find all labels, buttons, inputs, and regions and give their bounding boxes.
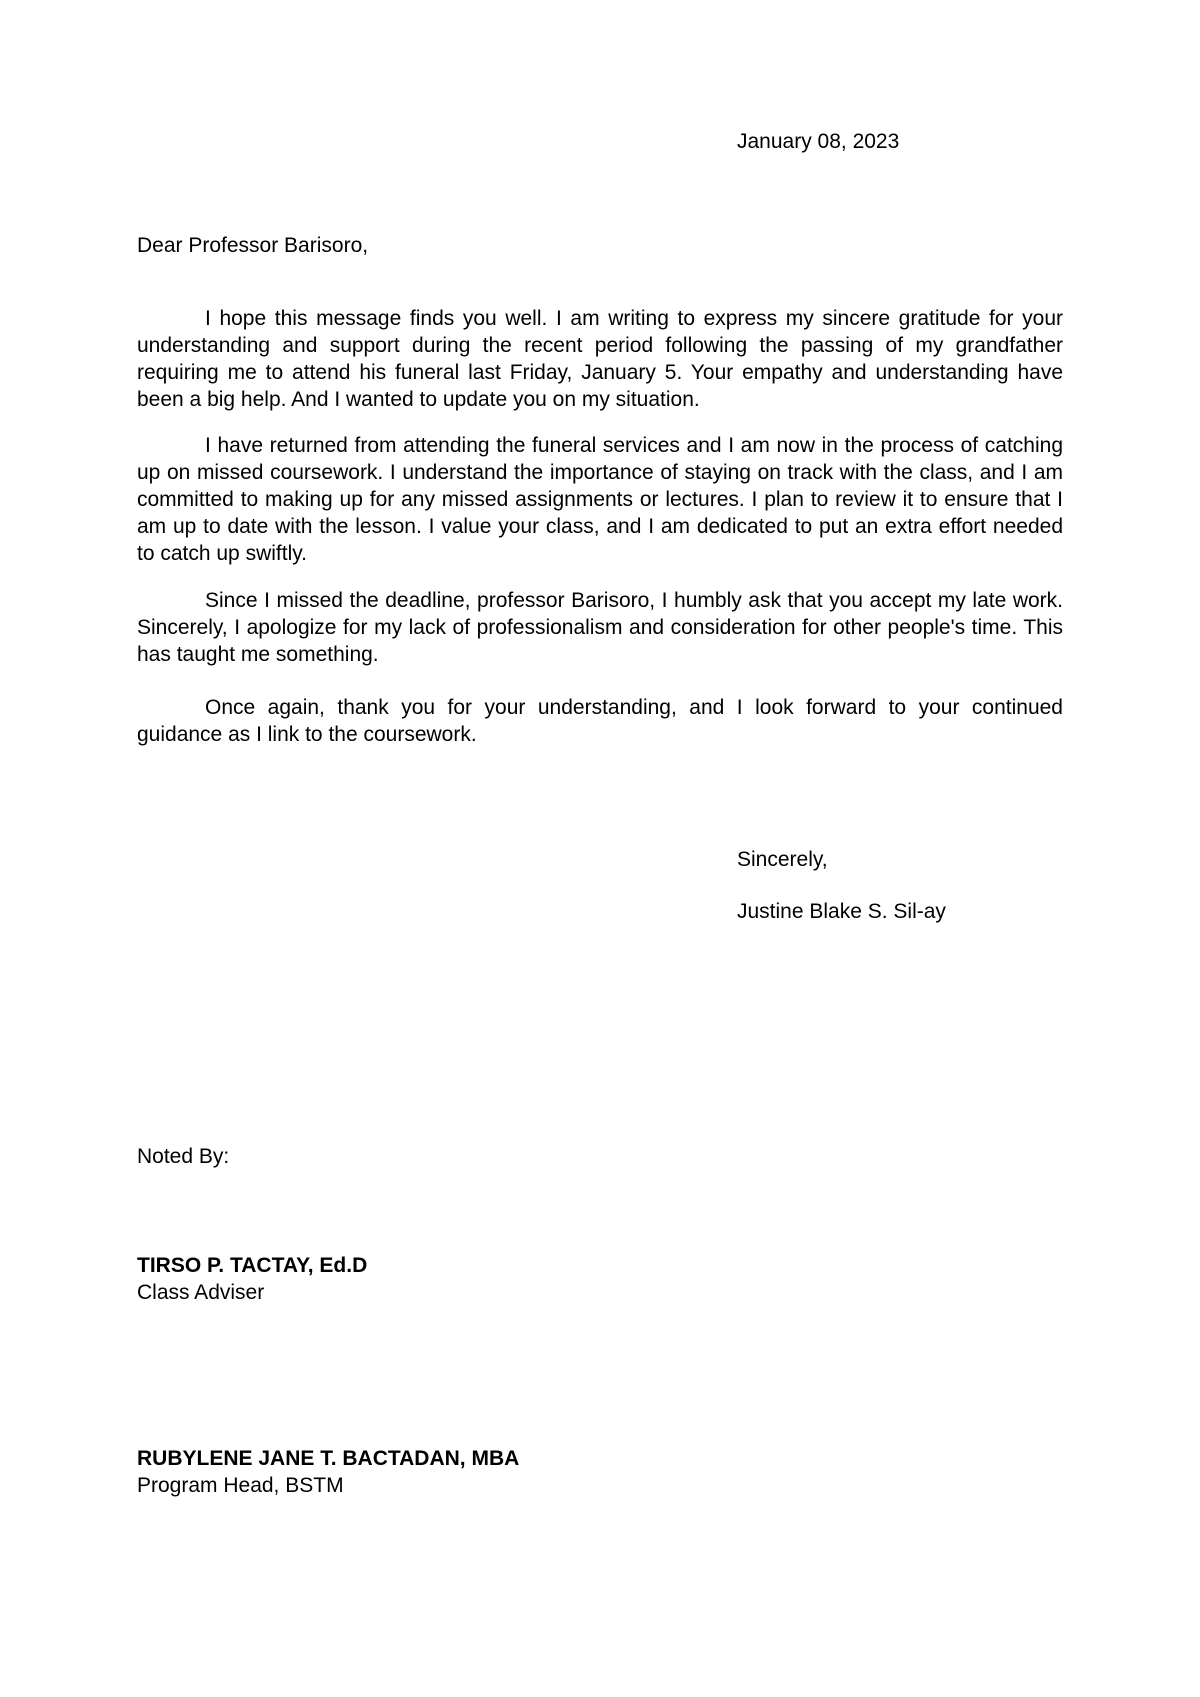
body-paragraph-1: I hope this message finds you well. I am… xyxy=(137,305,1063,413)
body-paragraph-2: I have returned from attending the funer… xyxy=(137,432,1063,567)
signatory-block-program-head: RUBYLENE JANE T. BACTADAN, MBA Program H… xyxy=(137,1445,1063,1499)
signatory-title-class-adviser: Class Adviser xyxy=(137,1279,1063,1306)
body-paragraph-3: Since I missed the deadline, professor B… xyxy=(137,587,1063,668)
noted-by-label: Noted By: xyxy=(137,1143,1063,1170)
salutation: Dear Professor Barisoro, xyxy=(137,232,1063,259)
letter-document: January 08, 2023 Dear Professor Barisoro… xyxy=(0,0,1200,1697)
signatory-name-program-head: RUBYLENE JANE T. BACTADAN, MBA xyxy=(137,1445,1063,1472)
closing-sincerely: Sincerely, xyxy=(737,846,1063,873)
letter-date: January 08, 2023 xyxy=(737,128,1063,155)
signatory-name-class-adviser: TIRSO P. TACTAY, Ed.D xyxy=(137,1252,1063,1279)
signatory-block-class-adviser: TIRSO P. TACTAY, Ed.D Class Adviser xyxy=(137,1252,1063,1306)
body-paragraph-4: Once again, thank you for your understan… xyxy=(137,694,1063,748)
sender-signature-name: Justine Blake S. Sil-ay xyxy=(737,898,1063,925)
signatory-title-program-head: Program Head, BSTM xyxy=(137,1472,1063,1499)
